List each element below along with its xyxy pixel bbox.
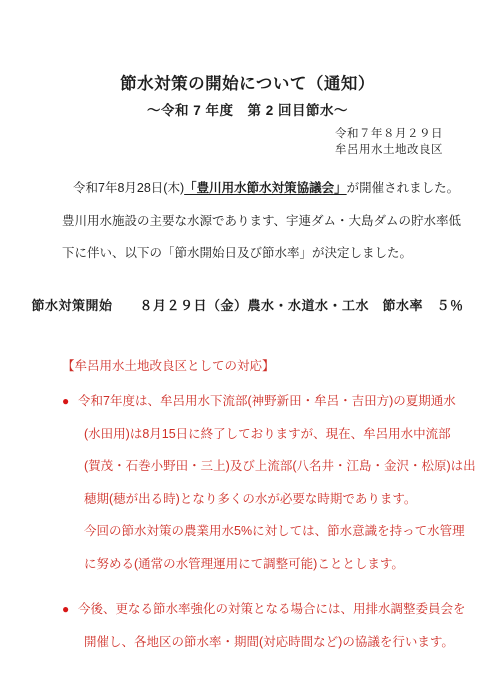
bullet-line: に努める(通常の水管理運用にて調整可能)こととします。 [62, 548, 476, 581]
intro-line-3: 下に伴い、以下の「節水開始日及び節水率」が決定しました。 [62, 237, 461, 270]
bullet-line: (水田用)は8月15日に終了しておりますが、現在、牟呂用水中流部 [62, 418, 476, 451]
bullet-line: ●今後、更なる節水率強化の対策となる場合には、用排水調整委員会を [62, 593, 466, 626]
response-section-heading: 【牟呂用水土地改良区としての対応】 [62, 356, 275, 376]
bullet-item: ●令和7年度は、牟呂用水下流部(神野新田・牟呂・吉田方)の夏期通水 (水田用)は… [62, 385, 476, 580]
bullet-line-text: 今後、更なる節水率強化の対策となる場合には、用排水調整委員会を [78, 602, 466, 616]
issue-date: 令和７年８月２９日 [335, 127, 443, 143]
intro-paragraph: 令和7年8月28日(木)「豊川用水節水対策協議会」が開催されました。 豊川用水施… [62, 172, 461, 270]
intro-line1-suffix: が開催されました。 [347, 181, 460, 195]
council-name-underlined: 「豊川用水節水対策協議会」 [184, 181, 347, 195]
bullet-line: 穂期(穂が出る時)となり多くの水が必要な時期であります。 [62, 483, 476, 516]
notice-document: 節水対策の開始について（通知） ～令和 7 年度 第 2 回目節水～ 令和７年８… [0, 0, 495, 700]
intro-line-2: 豊川用水施設の主要な水源であります、宇連ダム・大島ダムの貯水率低 [62, 205, 461, 238]
date-block: 令和７年８月２９日 牟呂用水土地改良区 [335, 127, 443, 158]
bullet-line: (賀茂・石巻小野田・三上)及び上流部(八名井・江島・金沢・松原)は出 [62, 450, 476, 483]
intro-line-1: 令和7年8月28日(木)「豊川用水節水対策協議会」が開催されました。 [62, 172, 461, 205]
bullet-line: 開催し、各地区の節水率・期間(対応時間など)の協議を行います。 [62, 626, 466, 659]
page-subtitle: ～令和 7 年度 第 2 回目節水～ [0, 101, 495, 121]
issuer-name: 牟呂用水土地改良区 [335, 143, 443, 159]
page-title: 節水対策の開始について（通知） [0, 72, 495, 96]
bullet-icon: ● [62, 385, 78, 418]
bullet-item: ●今後、更なる節水率強化の対策となる場合には、用排水調整委員会を 開催し、各地区… [62, 593, 466, 658]
bullet-line: ●令和7年度は、牟呂用水下流部(神野新田・牟呂・吉田方)の夏期通水 [62, 385, 476, 418]
bullet-line-text: 令和7年度は、牟呂用水下流部(神野新田・牟呂・吉田方)の夏期通水 [78, 394, 456, 408]
bullet-icon: ● [62, 593, 78, 626]
intro-line1-prefix: 令和7年8月28日(木) [73, 181, 184, 195]
bullet-line: 今回の節水対策の農業用水5%に対しては、節水意識を持って水管理 [62, 515, 476, 548]
conservation-start-notice: 節水対策開始 ８月２９日（金）農水・水道水・工水 節水率 ５％ [0, 296, 495, 316]
